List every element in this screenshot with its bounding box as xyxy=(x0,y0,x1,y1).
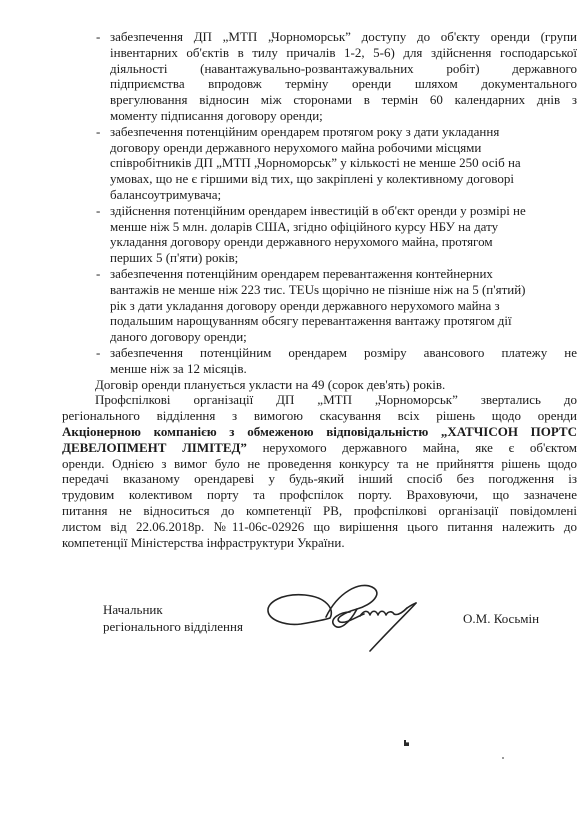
text-line: моменту підписання договору оренди; xyxy=(62,108,577,124)
text-line: менше ніж за 12 місяців. xyxy=(62,361,577,377)
text-line: забезпечення потенційним орендарем перев… xyxy=(110,266,493,281)
text-line: нерухомого державного майна, яке є об'єк… xyxy=(247,440,577,455)
text-line: рік з дати укладання договору оренди дер… xyxy=(62,298,577,314)
paragraph-unions-line: регіонального відділення з вимогою скасу… xyxy=(62,408,577,424)
text-line: договору оренди державного нерухомого ма… xyxy=(62,140,577,156)
bullet-dash: - xyxy=(96,203,100,219)
signatory-name: О.М. Косьмін xyxy=(463,611,539,627)
text-line: співробітників ДП „МТП „Чорноморськ” у к… xyxy=(62,155,577,171)
handwritten-signature-icon xyxy=(260,578,426,658)
paragraph-unions-line: трудовим колективом порту та профспілок … xyxy=(62,487,577,503)
text-line: врегулювання відносин між сторонами в те… xyxy=(62,92,577,108)
bullet-item: -забезпечення потенційним орендарем прот… xyxy=(62,124,577,140)
bullet-dash: - xyxy=(96,266,100,282)
bold-company-name: Акціонерною компанією з обмеженою відпов… xyxy=(62,424,577,440)
paragraph-unions-line: ДЕВЕЛОПМЕНТ ЛІМІТЕД” нерухомого державно… xyxy=(62,440,577,456)
document-body: -забезпечення ДП „МТП „Чорноморськ” дост… xyxy=(62,29,577,550)
text-line: подальшим нарощуванням обсягу перевантаж… xyxy=(62,313,577,329)
text-line: балансоутримувача; xyxy=(62,187,577,203)
document-page: -забезпечення ДП „МТП „Чорноморськ” дост… xyxy=(0,0,584,814)
paragraph-unions-line: оренди. Однією з вимог було не проведенн… xyxy=(62,456,577,472)
bullet-item: -забезпечення потенційним орендарем пере… xyxy=(62,266,577,282)
scan-artifact xyxy=(404,740,409,746)
text-line: вантажів не менше ніж 223 тис. TEUs щорі… xyxy=(62,282,577,298)
paragraph-lease-term: Договір оренди планується укласти на 49 … xyxy=(62,377,577,393)
paragraph-unions-line: Профспілкові організації ДП „МТП „Чорном… xyxy=(62,392,577,408)
bullet-item: -забезпечення ДП „МТП „Чорноморськ” дост… xyxy=(62,29,577,45)
text-line: інвентарних об'єктів в тилу причалів 1-2… xyxy=(62,45,577,61)
bullet-dash: - xyxy=(96,124,100,140)
paragraph-unions-line: компетенції Міністерства інфраструктури … xyxy=(62,535,577,551)
paragraph-unions-line: питання не відноситься до компетенції РВ… xyxy=(62,503,577,519)
signatory-position-line: регіонального відділення xyxy=(103,619,243,636)
text-line: забезпечення ДП „МТП „Чорноморськ” досту… xyxy=(110,29,577,44)
bullet-item: -забезпечення потенційним орендарем розм… xyxy=(62,345,577,361)
text-line: здійснення потенційним орендарем інвести… xyxy=(110,203,526,218)
text-line: даного договору оренди; xyxy=(62,329,577,345)
text-line: забезпечення потенційним орендарем протя… xyxy=(110,124,499,139)
signature-block: Начальник регіонального відділення xyxy=(103,602,243,635)
text-line: діяльності (навантажувально-розвантажува… xyxy=(62,61,577,77)
bullet-dash: - xyxy=(96,29,100,45)
text-line: підприємства впродовж терміну оренди шля… xyxy=(62,76,577,92)
bullet-dash: - xyxy=(96,345,100,361)
text-line: умовах, що не є гіршими від тих, що закр… xyxy=(62,171,577,187)
text-line: перших 5 (п'яти) років; xyxy=(62,250,577,266)
signatory-position-line: Начальник xyxy=(103,602,243,619)
scan-artifact xyxy=(502,757,504,759)
paragraph-unions-line: передачі вказаному орендареві у будь-яки… xyxy=(62,471,577,487)
bullet-item: -здійснення потенційним орендарем інвест… xyxy=(62,203,577,219)
text-line: укладання договору оренди державного нер… xyxy=(62,234,577,250)
paragraph-unions-line: листом від 22.06.2018р. №11-06с-02926 що… xyxy=(62,519,577,535)
bold-company-name: ДЕВЕЛОПМЕНТ ЛІМІТЕД” xyxy=(62,440,247,455)
text-line: забезпечення потенційним орендарем розмі… xyxy=(110,345,577,360)
text-line: менше ніж 5 млн. доларів США, згідно офі… xyxy=(62,219,577,235)
